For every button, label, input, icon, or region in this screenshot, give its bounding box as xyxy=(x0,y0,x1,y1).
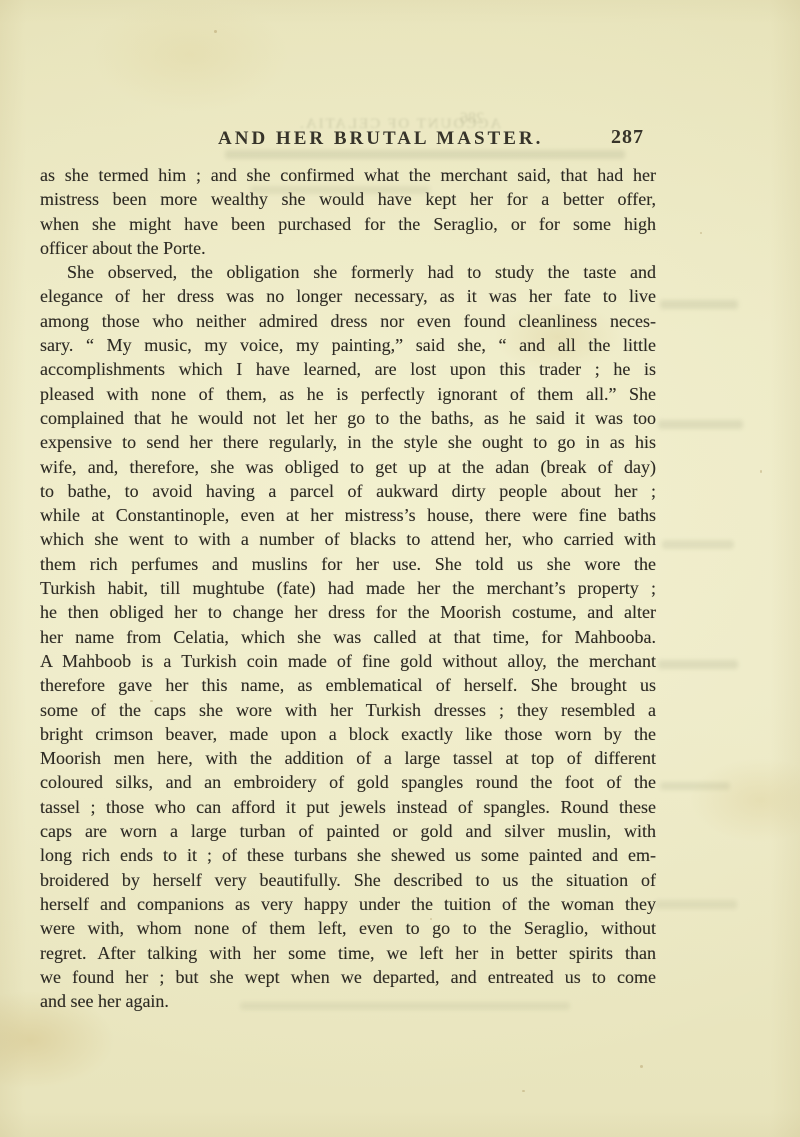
text-line: broidered by herself very beautifully. S… xyxy=(40,868,656,892)
text-line: herself and companions as very happy und… xyxy=(40,892,656,916)
paper-speck xyxy=(640,1065,643,1068)
bleedthrough-line xyxy=(655,900,737,909)
text-line: A Mahboob is a Turkish coin made of fine… xyxy=(40,649,656,673)
text-line: Turkish habit, till mughtube (fate) had … xyxy=(40,576,656,600)
text-line: among those who neither admired dress no… xyxy=(40,309,656,333)
text-line: regret. After talking with her some time… xyxy=(40,941,656,965)
text-line: pleased with none of them, as he is perf… xyxy=(40,382,656,406)
text-line: elegance of her dress was no longer nece… xyxy=(40,284,656,308)
text-line: tassel ; those who can afford it put jew… xyxy=(40,795,656,819)
text-line: officer about the Porte. xyxy=(40,236,656,260)
bleedthrough-previous-page-number: 286 xyxy=(460,110,484,128)
text-line: accomplishments which I have learned, ar… xyxy=(40,357,656,381)
text-line: caps are worn a large turban of painted … xyxy=(40,819,656,843)
text-line: wife, and, therefore, she was obliged to… xyxy=(40,455,656,479)
text-line: some of the caps she wore with her Turki… xyxy=(40,698,656,722)
text-line: and see her again. xyxy=(40,989,656,1013)
text-line: which she went to with a number of black… xyxy=(40,527,656,551)
text-line: them rich perfumes and muslins for her u… xyxy=(40,552,656,576)
text-line: coloured silks, and an embroidery of gol… xyxy=(40,770,656,794)
book-page: ACCOUNT OF CELATIA. 286 AND HER BRUTAL M… xyxy=(0,0,800,1137)
text-line: to bathe, to avoid having a parcel of au… xyxy=(40,479,656,503)
bleedthrough-line xyxy=(660,300,738,309)
text-line: Moorish men here, with the addition of a… xyxy=(40,746,656,770)
running-title: AND HER BRUTAL MASTER. xyxy=(218,128,543,150)
text-line: complained that he would not let her go … xyxy=(40,406,656,430)
text-line: mistress been more wealthy she would hav… xyxy=(40,187,656,211)
bleedthrough-line xyxy=(660,782,730,790)
text-line: her name from Celatia, which she was cal… xyxy=(40,625,656,649)
page-number: 287 xyxy=(611,126,644,149)
paper-speck xyxy=(522,1090,525,1092)
paper-speck xyxy=(214,30,217,33)
text-line: long rich ends to it ; of these turbans … xyxy=(40,843,656,867)
text-line: when she might have been purchased for t… xyxy=(40,212,656,236)
paper-speck xyxy=(700,232,702,234)
text-line: while at Constantinople, even at her mis… xyxy=(40,503,656,527)
body-text: as she termed him ; and she confirmed wh… xyxy=(40,163,656,1013)
text-line: sary. “ My music, my voice, my painting,… xyxy=(40,333,656,357)
bleedthrough-line xyxy=(658,660,738,669)
text-line: She observed, the obligation she formerl… xyxy=(40,260,656,284)
bleedthrough-line xyxy=(658,420,743,429)
bleedthrough-line xyxy=(662,540,734,549)
text-line: he then obliged her to change her dress … xyxy=(40,600,656,624)
text-line: bright crimson beaver, made upon a block… xyxy=(40,722,656,746)
text-line: as she termed him ; and she confirmed wh… xyxy=(40,163,656,187)
paper-speck xyxy=(760,470,762,473)
running-head: AND HER BRUTAL MASTER. 287 xyxy=(40,128,656,156)
text-line: were with, whom none of them left, even … xyxy=(40,916,656,940)
text-line: therefore gave her this name, as emblema… xyxy=(40,673,656,697)
text-line: expensive to send her there regularly, i… xyxy=(40,430,656,454)
text-line: we found her ; but she wept when we depa… xyxy=(40,965,656,989)
